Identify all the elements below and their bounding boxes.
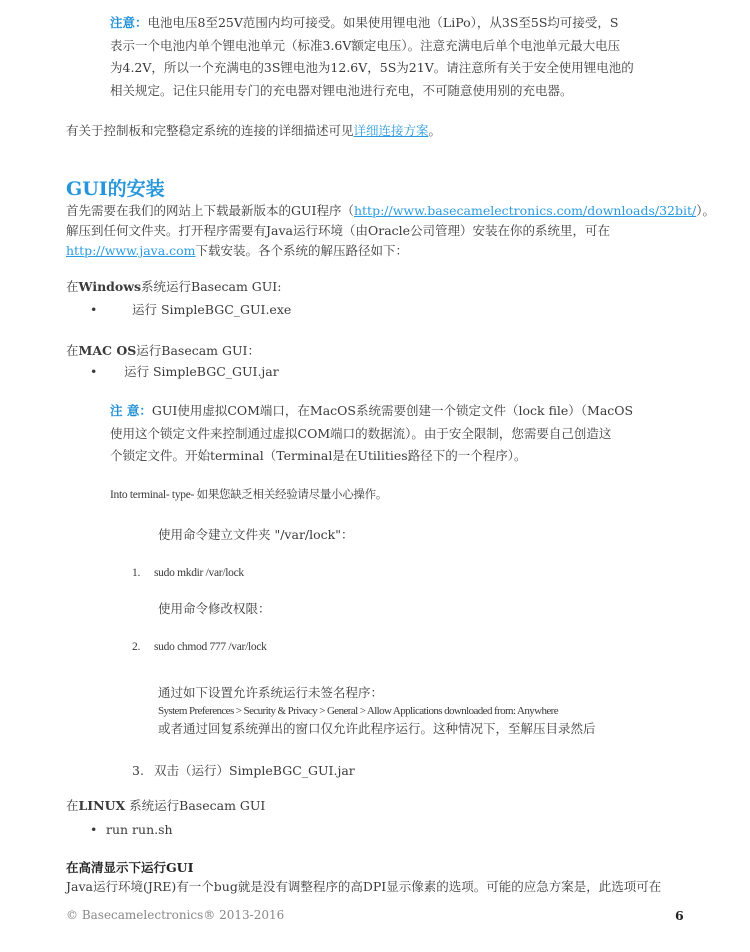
hidpi-text: Java运行环境(JRE)有一个bug就是没有调整程序的高DPI显示像素的选项。… — [66, 876, 661, 899]
allow-description: 通过如下设置允许系统运行未签名程序： — [158, 684, 383, 702]
mac-lock-note-line-3: 个锁定文件。开始terminal（Terminal是在Utilities路径下的… — [110, 445, 710, 468]
battery-note-line-2: 表示一个电池内单个锂电池单元（标准3.6V额定电压）。注意充满电后单个电池单元最… — [110, 35, 710, 58]
windows-bullet: •运行 SimpleBGC_GUI.exe — [90, 300, 291, 320]
mkdir-command: sudo mkdir /var/lock — [154, 567, 244, 579]
mac-lock-note-line-1: 注 意：GUI使用虚拟COM端口，在MacOS系统需要创建一个锁定文件（lock… — [110, 400, 710, 423]
terminal-intro: Into terminal- type- 如果您缺乏相关经验请尽量小心操作。 — [110, 484, 387, 507]
battery-note: 注意：电池电压8至25V范围内均可接受。如果使用锂电池（LiPo），从3S至5S… — [110, 12, 710, 102]
connection-scheme-link[interactable]: 详细连接方案 — [354, 123, 429, 138]
hidpi-heading: 在高清显示下运行GUI — [66, 858, 193, 878]
bullet-icon: • — [90, 300, 120, 320]
intro-line-3: http://www.java.com下载安装。各个系统的解压路径如下： — [66, 240, 408, 263]
bullet-icon: • — [90, 820, 106, 840]
allow-alternative: 或者通过回复系统弹出的窗口仅允许此程序运行。这种情况下，至解压目录然后 — [158, 720, 596, 738]
chmod-command: sudo chmod 777 /var/lock — [154, 641, 267, 653]
battery-note-line-1: 注意：电池电压8至25V范围内均可接受。如果使用锂电池（LiPo），从3S至5S… — [110, 12, 710, 35]
allow-path: System Preferences > Security & Privacy … — [158, 702, 558, 720]
windows-heading: 在Windows系统运行Basecam GUI: — [66, 276, 281, 299]
note-label: 注 意： — [110, 403, 152, 418]
note-label: 注意： — [110, 15, 148, 30]
step-2: 2.sudo chmod 777 /var/lock — [132, 636, 267, 659]
battery-note-line-3: 为4.2V，所以一个充满电的3S锂电池为12.6V，5S为21V。请注意所有关于… — [110, 57, 710, 80]
mkdir-description: 使用命令建立文件夹 "/var/lock"： — [158, 524, 353, 547]
linux-bullet: •run run.sh — [90, 820, 173, 840]
footer-copyright: © Basecamelectronics® 2013-2016 — [66, 908, 284, 922]
document-page: 注意：电池电压8至25V范围内均可接受。如果使用锂电池（LiPo），从3S至5S… — [0, 0, 750, 952]
connection-paragraph: 有关于控制板和完整稳定系统的连接的详细描述可见详细连接方案。 — [66, 120, 441, 143]
mac-bullet: •运行 SimpleBGC_GUI.jar — [90, 362, 279, 382]
mac-lock-note: 注 意：GUI使用虚拟COM端口，在MacOS系统需要创建一个锁定文件（lock… — [110, 400, 710, 468]
download-link[interactable]: http://www.basecamelectronics.com/downlo… — [354, 203, 696, 218]
step-3: 3.双击（运行）SimpleBGC_GUI.jar — [132, 760, 355, 783]
battery-note-line-4: 相关规定。记住只能用专门的充电器对锂电池进行充电，不可随意使用别的充电器。 — [110, 80, 710, 103]
bullet-icon: • — [90, 362, 120, 382]
section-title: GUI的安装 — [66, 177, 165, 201]
chmod-description: 使用命令修改权限： — [158, 598, 271, 621]
java-link[interactable]: http://www.java.com — [66, 243, 196, 258]
mac-heading: 在MAC OS运行Basecam GUI： — [66, 340, 260, 363]
step-1: 1.sudo mkdir /var/lock — [132, 562, 244, 585]
mac-lock-note-line-2: 使用这个锁定文件来控制通过虚拟COM端口的数据流）。由于安全限制，您需要自己创造… — [110, 423, 710, 446]
linux-heading: 在LINUX 系统运行Basecam GUI — [66, 795, 265, 818]
page-number: 6 — [675, 908, 684, 923]
